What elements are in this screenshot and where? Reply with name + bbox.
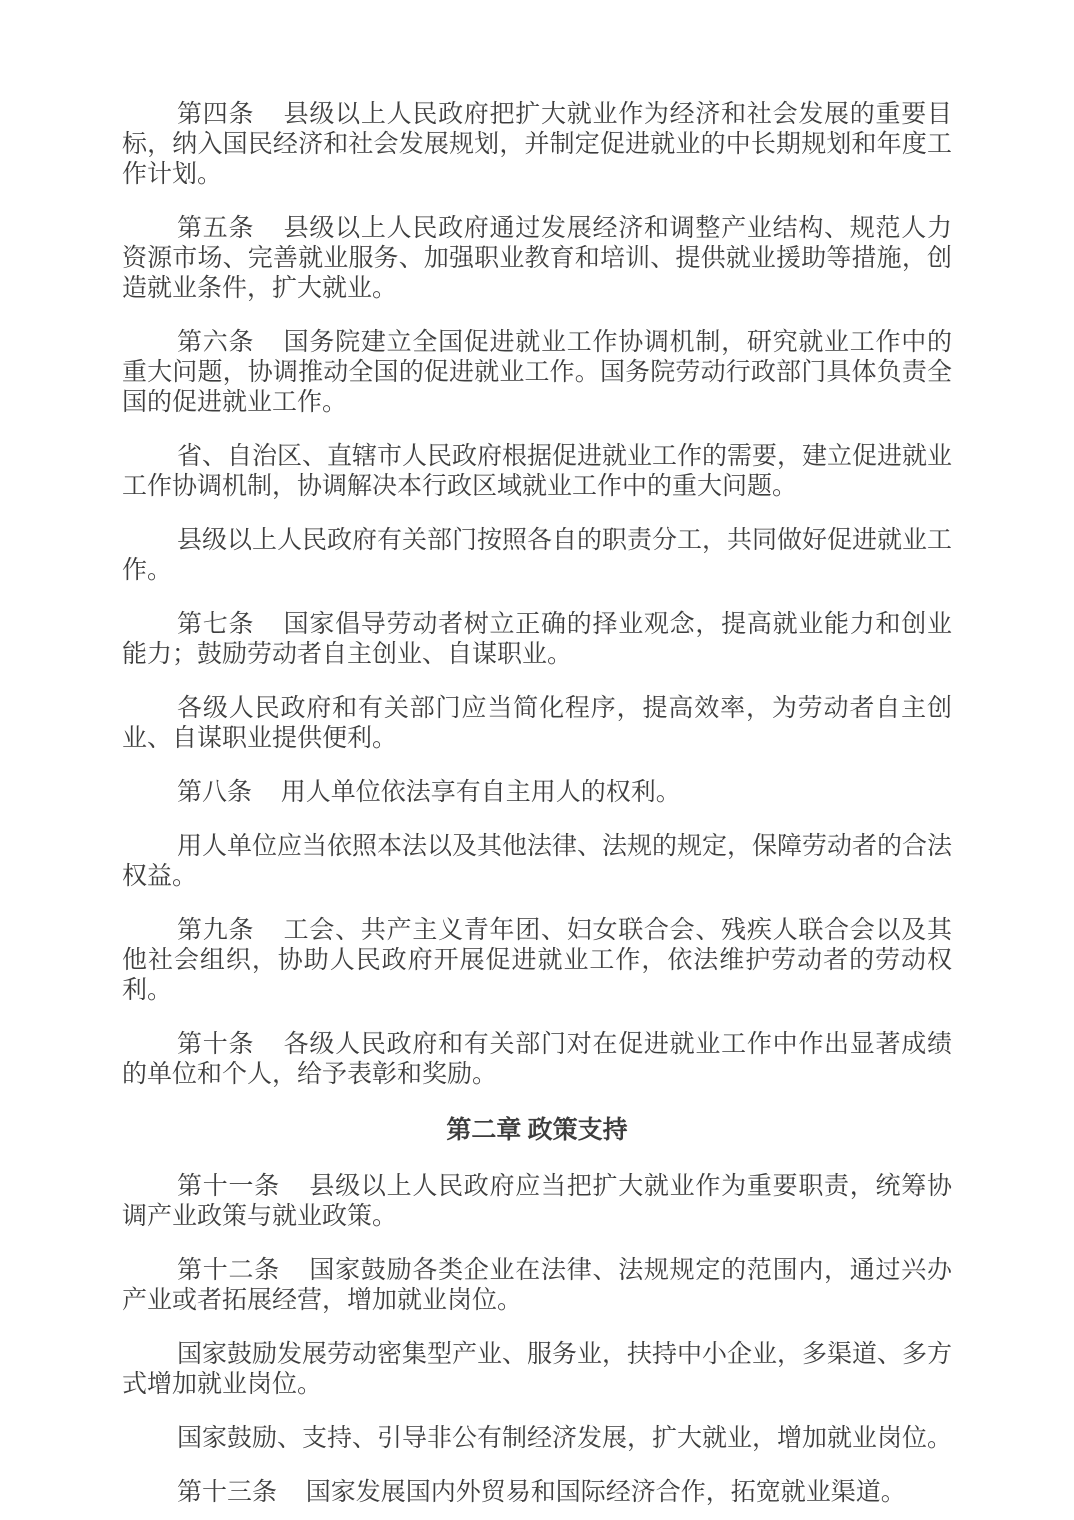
article-number: 第十三条 bbox=[177, 1479, 277, 1506]
article-paragraph: 第十条各级人民政府和有关部门对在促进就业工作中作出显著成绩的单位和个人，给予表彰… bbox=[122, 1030, 952, 1090]
body-paragraph: 国家鼓励发展劳动密集型产业、服务业，扶持中小企业，多渠道、多方式增加就业岗位。 bbox=[122, 1340, 952, 1400]
article-number: 第十一条 bbox=[177, 1173, 280, 1200]
article-paragraph: 第七条国家倡导劳动者树立正确的择业观念，提高就业能力和创业能力；鼓励劳动者自主创… bbox=[122, 610, 952, 670]
article-number: 第七条 bbox=[177, 611, 254, 638]
body-paragraph: 国家鼓励、支持、引导非公有制经济发展，扩大就业，增加就业岗位。 bbox=[122, 1424, 952, 1454]
article-number: 第十二条 bbox=[177, 1257, 280, 1284]
article-paragraph: 第九条工会、共产主义青年团、妇女联合会、残疾人联合会以及其他社会组织，协助人民政… bbox=[122, 916, 952, 1006]
body-paragraph: 省、自治区、直辖市人民政府根据促进就业工作的需要，建立促进就业工作协调机制，协调… bbox=[122, 442, 952, 502]
article-text: 用人单位依法享有自主用人的权利。 bbox=[281, 779, 681, 806]
body-paragraph: 各级人民政府和有关部门应当简化程序，提高效率，为劳动者自主创业、自谋职业提供便利… bbox=[122, 694, 952, 754]
article-paragraph: 第八条用人单位依法享有自主用人的权利。 bbox=[122, 778, 952, 808]
article-paragraph: 第四条县级以上人民政府把扩大就业作为经济和社会发展的重要目标，纳入国民经济和社会… bbox=[122, 100, 952, 190]
chapter-heading: 第二章 政策支持 bbox=[122, 1116, 952, 1146]
article-paragraph: 第五条县级以上人民政府通过发展经济和调整产业结构、规范人力资源市场、完善就业服务… bbox=[122, 214, 952, 304]
article-paragraph: 第十一条县级以上人民政府应当把扩大就业作为重要职责，统筹协调产业政策与就业政策。 bbox=[122, 1172, 952, 1232]
body-paragraph: 用人单位应当依照本法以及其他法律、法规的规定，保障劳动者的合法权益。 bbox=[122, 832, 952, 892]
article-number: 第八条 bbox=[177, 779, 252, 806]
document-body: 第四条县级以上人民政府把扩大就业作为经济和社会发展的重要目标，纳入国民经济和社会… bbox=[122, 100, 952, 1508]
body-paragraph: 县级以上人民政府有关部门按照各自的职责分工，共同做好促进就业工作。 bbox=[122, 526, 952, 586]
article-number: 第五条 bbox=[177, 215, 254, 242]
article-paragraph: 第十三条国家发展国内外贸易和国际经济合作，拓宽就业渠道。 bbox=[122, 1478, 952, 1508]
article-number: 第六条 bbox=[177, 329, 254, 356]
article-number: 第十条 bbox=[177, 1031, 254, 1058]
article-paragraph: 第十二条国家鼓励各类企业在法律、法规规定的范围内，通过兴办产业或者拓展经营，增加… bbox=[122, 1256, 952, 1316]
article-number: 第九条 bbox=[177, 917, 254, 944]
article-paragraph: 第六条国务院建立全国促进就业工作协调机制，研究就业工作中的重大问题，协调推动全国… bbox=[122, 328, 952, 418]
article-text: 国家发展国内外贸易和国际经济合作，拓宽就业渠道。 bbox=[306, 1479, 906, 1506]
article-number: 第四条 bbox=[177, 101, 254, 128]
